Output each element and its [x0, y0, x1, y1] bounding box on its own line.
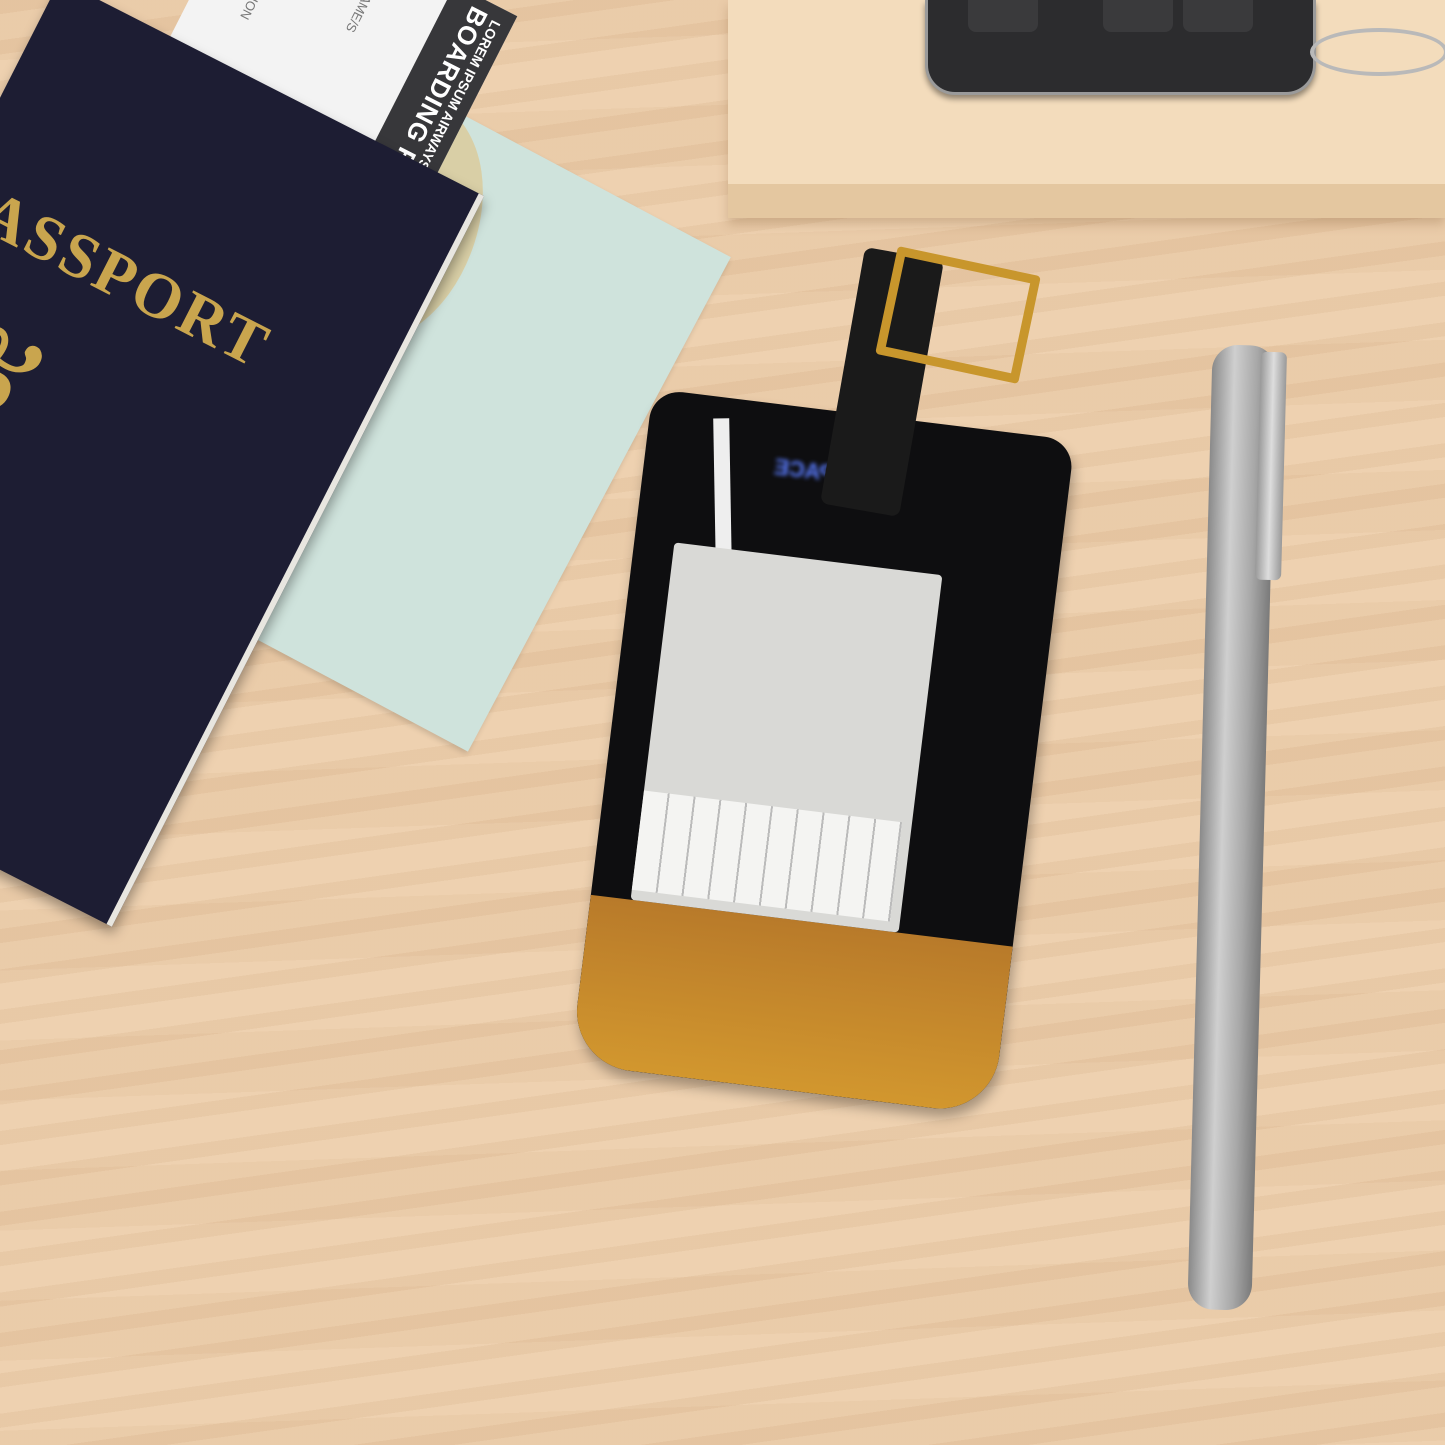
fob-button	[968, 0, 1038, 32]
bp-label-destination: DESTINATION	[237, 0, 290, 22]
car-key-fob	[925, 0, 1316, 95]
wood-floor	[570, 895, 1013, 1116]
bp-label-name: NAME/S	[343, 0, 379, 35]
bp-label-from: FROM	[304, 0, 335, 2]
fob-button	[1183, 0, 1253, 32]
pen-clip	[1255, 352, 1287, 581]
eagle-emblem-icon: ❦	[0, 265, 79, 492]
fob-button	[1103, 0, 1173, 32]
key-ring	[1310, 28, 1445, 76]
